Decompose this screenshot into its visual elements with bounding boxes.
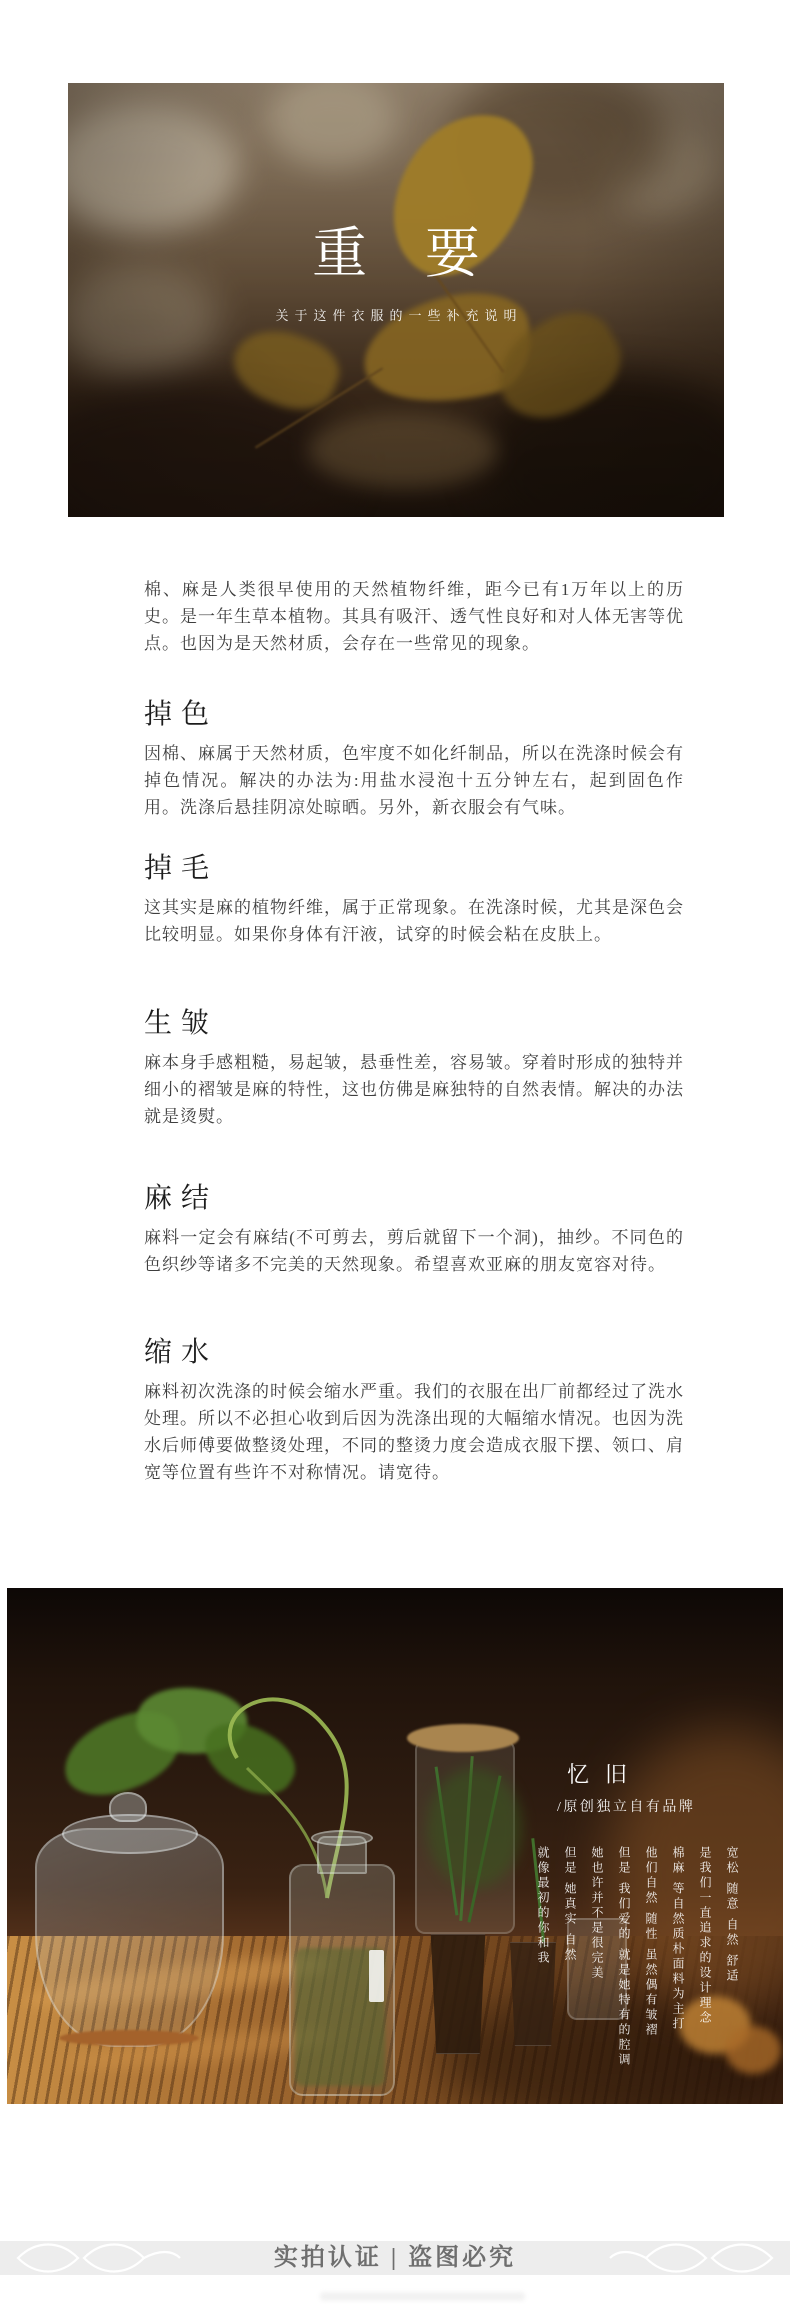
section-paragraph: 麻本身手感粗糙，易起皱，悬垂性差，容易皱。穿着时形成的独特并细小的褶皱是麻的特性…: [144, 1049, 684, 1130]
brand-title: 忆旧: [567, 1758, 643, 1789]
section-heading: 缩水: [144, 1336, 684, 1370]
vertical-slogan-column: 棉麻 等自然质朴面料为主打: [671, 1846, 685, 2032]
teapot-knob-art: [109, 1792, 147, 1822]
bottle-label-art: [369, 1950, 384, 2002]
section-heading: 掉色: [144, 698, 684, 732]
section-heading: 生皱: [144, 1007, 684, 1041]
section-paragraph: 麻料初次洗涤的时候会缩水严重。我们的衣服在出厂前都经过了洗水处理。所以不必担心收…: [144, 1378, 684, 1486]
care-section: 掉色 因棉、麻属于天然材质，色牢度不如化纤制品，所以在洗涤时候会有掉色情况。解决…: [144, 698, 684, 821]
care-section: 麻结 麻料一定会有麻结(不可剪去，剪后就留下一个洞)，抽纱。不同色的色织纱等诸多…: [144, 1182, 684, 1278]
care-section: 掉毛 这其实是麻的植物纤维，属于正常现象。在洗涤时候，尤其是深色会比较明显。如果…: [144, 852, 684, 948]
care-section: 生皱 麻本身手感粗糙，易起皱，悬垂性差，容易皱。穿着时形成的独特并细小的褶皱是麻…: [144, 1007, 684, 1130]
teapot-base-art: [59, 2030, 199, 2046]
sprig-foliage-art: [427, 1768, 522, 1888]
footer-band: 实拍认证 | 盗图必究: [0, 2241, 790, 2275]
care-section: 缩水 麻料初次洗涤的时候会缩水严重。我们的衣服在出厂前都经过了洗水处理。所以不必…: [144, 1336, 684, 1486]
seedling-pot-art: [427, 1934, 489, 2054]
footer-label: 实拍认证 | 盗图必究: [0, 2241, 790, 2275]
section-paragraph: 这其实是麻的植物纤维，属于正常现象。在洗涤时候，尤其是深色会比较明显。如果你身体…: [144, 894, 684, 948]
vertical-slogan-column: 就像最初的你和我: [536, 1846, 550, 1966]
bottom-photo-brand-scene: 忆旧 /原创独立自有品牌 宽松 随意 自然 舒适是我们一直追求的设计理念棉麻 等…: [7, 1588, 783, 2104]
section-paragraph: 麻料一定会有麻结(不可剪去，剪后就留下一个洞)，抽纱。不同色的色织纱等诸多不完美…: [144, 1224, 684, 1278]
faint-watermark: [320, 2292, 525, 2301]
brand-subtitle: /原创独立自有品牌: [557, 1796, 695, 1816]
vertical-slogan-column: 她也许并不是很完美: [590, 1846, 604, 1981]
hero-dark-overlay: [68, 83, 724, 517]
vertical-slogan-block: 宽松 随意 自然 舒适是我们一直追求的设计理念棉麻 等自然质朴面料为主打他们自然…: [536, 1846, 739, 2084]
hero-photo-autumn-leaves: 重 要 关于这件衣服的一些补充说明: [68, 83, 724, 517]
intro-paragraph: 棉、麻是人类很早使用的天然植物纤维，距今已有1万年以上的历史。是一年生草本植物。…: [144, 576, 684, 657]
product-care-page: 重 要 关于这件衣服的一些补充说明 棉、麻是人类很早使用的天然植物纤维，距今已有…: [0, 0, 790, 2304]
section-paragraph: 因棉、麻属于天然材质，色牢度不如化纤制品，所以在洗涤时候会有掉色情况。解决的办法…: [144, 740, 684, 821]
hero-title: 重 要: [68, 223, 724, 285]
glass-teapot-art: [35, 1828, 224, 2047]
vertical-slogan-column: 但是 我们爱的 就是她特有的腔调: [617, 1846, 631, 2068]
vertical-slogan-column: 是我们一直追求的设计理念: [698, 1846, 712, 2026]
wooden-lid-art: [407, 1724, 519, 1752]
section-heading: 掉毛: [144, 852, 684, 886]
bottle-lip-art: [311, 1830, 373, 1846]
vertical-slogan-column: 他们自然 随性 虽然偶有皱褶: [644, 1846, 658, 2038]
hero-subtitle: 关于这件衣服的一些补充说明: [68, 305, 724, 324]
section-heading: 麻结: [144, 1182, 684, 1216]
vertical-slogan-column: 但是 她真实 自然: [563, 1846, 577, 1963]
vertical-slogan-column: 宽松 随意 自然 舒适: [725, 1846, 739, 1984]
